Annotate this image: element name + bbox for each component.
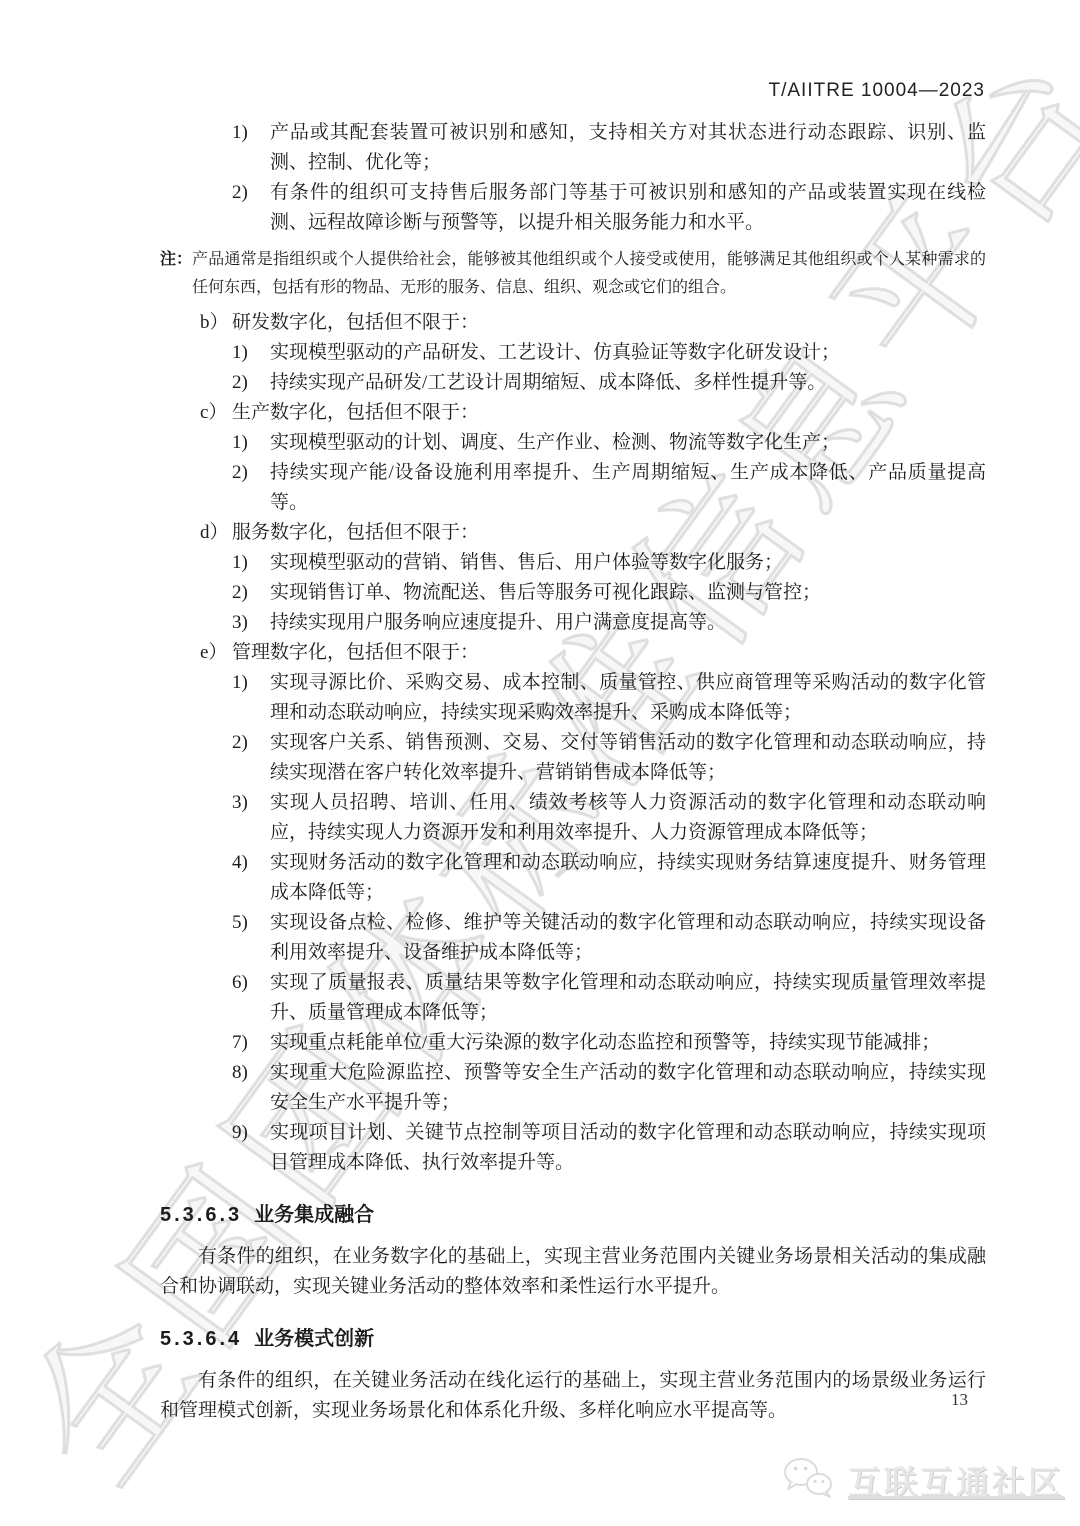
list-item-text: 实现模型驱动的产品研发、工艺设计、仿真验证等数字化研发设计； [270,338,986,368]
footer-logo-text: 互联互通社区 [848,1457,1064,1504]
list-item-text: 实现了质量报表、质量结果等数字化管理和动态联动响应，持续实现质量管理效率提升、质… [270,968,986,1028]
list-item-number: 1) [232,668,270,728]
letter-label: d） [200,518,232,548]
list-item-number: 2) [232,178,270,238]
letter-section-b: b） 研发数字化，包括但不限于： 1) 实现模型驱动的产品研发、工艺设计、仿真验… [160,308,986,398]
list-item: 2) 实现销售订单、物流配送、售后等服务可视化跟踪、监测与管控； [160,578,986,608]
list-item-number: 5) [232,908,270,968]
list-item-text: 实现重点耗能单位/重大污染源的数字化动态监控和预警等，持续实现节能减排； [270,1028,986,1058]
list-item-number: 8) [232,1058,270,1118]
section-title: 业务集成融合 [254,1204,374,1226]
list-item: 5) 实现设备点检、检修、维护等关键活动的数字化管理和动态联动响应，持续实现设备… [160,908,986,968]
list-item-text: 有条件的组织可支持售后服务部门等基于可被识别和感知的产品或装置实现在线检测、远程… [270,178,986,238]
list-item-text: 产品或其配套装置可被识别和感知，支持相关方对其状态进行动态跟踪、识别、监测、控制… [270,118,986,178]
letter-title: 研发数字化，包括但不限于： [232,308,986,338]
list-item: 9) 实现项目计划、关键节点控制等项目活动的数字化管理和动态联动响应，持续实现项… [160,1118,986,1178]
standard-number: T/AIITRE 10004—2023 [769,80,986,102]
wechat-icon [780,1455,838,1506]
list-item-number: 9) [232,1118,270,1178]
list-item-text: 实现客户关系、销售预测、交易、交付等销售活动的数字化管理和动态联动响应，持续实现… [270,728,986,788]
list-item: 1) 实现寻源比价、采购交易、成本控制、质量管控、供应商管理等采购活动的数字化管… [160,668,986,728]
list-item-text: 实现人员招聘、培训、任用、绩效考核等人力资源活动的数字化管理和动态联动响应，持续… [270,788,986,848]
list-item-number: 1) [232,118,270,178]
list-item-text: 持续实现产品研发/工艺设计周期缩短、成本降低、多样性提升等。 [270,368,986,398]
letter-section-c: c） 生产数字化，包括但不限于： 1) 实现模型驱动的计划、调度、生产作业、检测… [160,398,986,518]
list-item: 1) 实现模型驱动的产品研发、工艺设计、仿真验证等数字化研发设计； [160,338,986,368]
letter-title: 服务数字化，包括但不限于： [232,518,986,548]
letter-label: c） [200,398,232,428]
letter-section-heading: e） 管理数字化，包括但不限于： [160,638,986,668]
footer-logo: 互联互通社区 [780,1455,1064,1506]
list-item-text: 持续实现产能/设备设施利用率提升、生产周期缩短、生产成本降低、产品质量提高等。 [270,458,986,518]
list-item-number: 1) [232,428,270,458]
letter-section-heading: c） 生产数字化，包括但不限于： [160,398,986,428]
list-item-number: 3) [232,788,270,848]
list-item: 1) 实现模型驱动的营销、销售、售后、用户体验等数字化服务； [160,548,986,578]
letter-title: 管理数字化，包括但不限于： [232,638,986,668]
list-item: 3) 实现人员招聘、培训、任用、绩效考核等人力资源活动的数字化管理和动态联动响应… [160,788,986,848]
list-item-text: 实现设备点检、检修、维护等关键活动的数字化管理和动态联动响应，持续实现设备利用效… [270,908,986,968]
list-item-text: 实现模型驱动的计划、调度、生产作业、检测、物流等数字化生产； [270,428,986,458]
letter-label: b） [200,308,232,338]
list-item-number: 1) [232,548,270,578]
letter-label: e） [200,638,232,668]
list-item: 1) 实现模型驱动的计划、调度、生产作业、检测、物流等数字化生产； [160,428,986,458]
list-item-text: 实现项目计划、关键节点控制等项目活动的数字化管理和动态联动响应，持续实现项目管理… [270,1118,986,1178]
note-label: 注： [160,246,192,302]
section-paragraph: 有条件的组织，在业务数字化的基础上，实现主营业务范围内关键业务场景相关活动的集成… [160,1242,986,1302]
list-item-number: 4) [232,848,270,908]
letter-section-heading: d） 服务数字化，包括但不限于： [160,518,986,548]
note-text: 产品通常是指组织或个人提供给社会，能够被其他组织或个人接受或使用，能够满足其他组… [192,246,986,302]
section-heading: 5.3.6.4业务模式创新 [160,1324,986,1354]
list-item-number: 3) [232,608,270,638]
list-item: 8) 实现重大危险源监控、预警等安全生产活动的数字化管理和动态联动响应，持续实现… [160,1058,986,1118]
section-number: 5.3.6.4 [160,1328,242,1350]
list-item: 4) 实现财务活动的数字化管理和动态联动响应，持续实现财务结算速度提升、财务管理… [160,848,986,908]
section-number: 5.3.6.3 [160,1204,242,1226]
list-item-number: 2) [232,458,270,518]
list-item-text: 持续实现用户服务响应速度提升、用户满意度提高等。 [270,608,986,638]
list-item: 2) 实现客户关系、销售预测、交易、交付等销售活动的数字化管理和动态联动响应，持… [160,728,986,788]
letter-section-heading: b） 研发数字化，包括但不限于： [160,308,986,338]
list-item-text: 实现销售订单、物流配送、售后等服务可视化跟踪、监测与管控； [270,578,986,608]
section-heading: 5.3.6.3业务集成融合 [160,1200,986,1230]
page-number: 13 [951,1390,968,1410]
note: 注： 产品通常是指组织或个人提供给社会，能够被其他组织或个人接受或使用，能够满足… [160,246,986,302]
document-page: 全国团体标准信息平台 T/AIITRE 10004—2023 1) 产品或其配套… [0,0,1080,1526]
list-item: 2) 持续实现产品研发/工艺设计周期缩短、成本降低、多样性提升等。 [160,368,986,398]
list-item: 3) 持续实现用户服务响应速度提升、用户满意度提高等。 [160,608,986,638]
list-item-number: 2) [232,728,270,788]
list-item-number: 1) [232,338,270,368]
list-item-number: 2) [232,578,270,608]
list-item: 2) 有条件的组织可支持售后服务部门等基于可被识别和感知的产品或装置实现在线检测… [160,178,986,238]
page-content: 1) 产品或其配套装置可被识别和感知，支持相关方对其状态进行动态跟踪、识别、监测… [160,118,986,1426]
list-item: 7) 实现重点耗能单位/重大污染源的数字化动态监控和预警等，持续实现节能减排； [160,1028,986,1058]
letter-section-d: d） 服务数字化，包括但不限于： 1) 实现模型驱动的营销、销售、售后、用户体验… [160,518,986,638]
list-item-text: 实现重大危险源监控、预警等安全生产活动的数字化管理和动态联动响应，持续实现安全生… [270,1058,986,1118]
section-paragraph: 有条件的组织，在关键业务活动在线化运行的基础上，实现主营业务范围内的场景级业务运… [160,1366,986,1426]
letter-section-e: e） 管理数字化，包括但不限于： 1) 实现寻源比价、采购交易、成本控制、质量管… [160,638,986,1178]
letter-title: 生产数字化，包括但不限于： [232,398,986,428]
list-item-number: 2) [232,368,270,398]
list-item-number: 7) [232,1028,270,1058]
list-item-text: 实现寻源比价、采购交易、成本控制、质量管控、供应商管理等采购活动的数字化管理和动… [270,668,986,728]
list-item-text: 实现财务活动的数字化管理和动态联动响应，持续实现财务结算速度提升、财务管理成本降… [270,848,986,908]
list-item: 1) 产品或其配套装置可被识别和感知，支持相关方对其状态进行动态跟踪、识别、监测… [160,118,986,178]
list-item-number: 6) [232,968,270,1028]
section-title: 业务模式创新 [254,1328,374,1350]
list-item: 6) 实现了质量报表、质量结果等数字化管理和动态联动响应，持续实现质量管理效率提… [160,968,986,1028]
list-item: 2) 持续实现产能/设备设施利用率提升、生产周期缩短、生产成本降低、产品质量提高… [160,458,986,518]
list-item-text: 实现模型驱动的营销、销售、售后、用户体验等数字化服务； [270,548,986,578]
